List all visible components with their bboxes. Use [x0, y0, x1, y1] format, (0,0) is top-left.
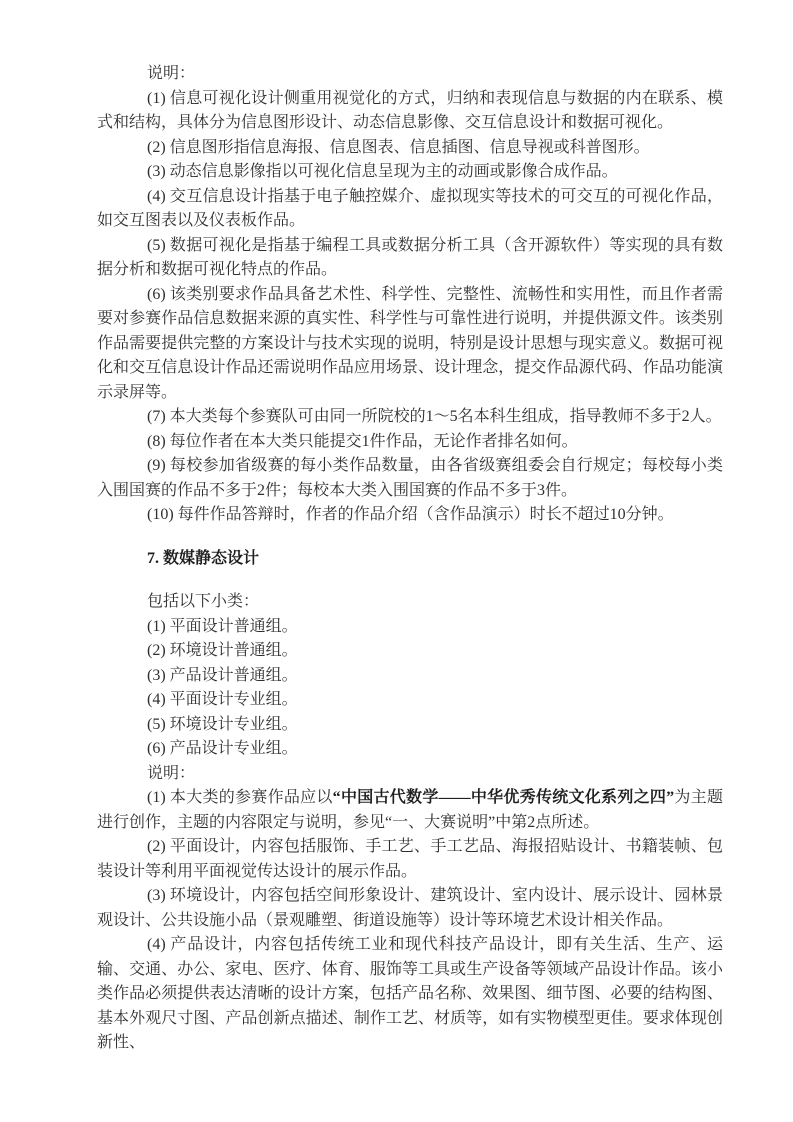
section6-note-paragraph-9: (9) 每校参加省级赛的每小类作品数量，由各省级赛组委会自行规定；每校每小类入围…	[97, 454, 723, 503]
section6-note-paragraph-1: (1) 信息可视化设计侧重用视觉化的方式，归纳和表现信息与数据的内在联系、模式和…	[97, 87, 723, 136]
document-page: 说明： (1) 信息可视化设计侧重用视觉化的方式，归纳和表现信息与数据的内在联系…	[0, 0, 793, 1122]
section7-subcategory-5: (5) 环境设计专业组。	[97, 713, 723, 738]
section6-note-paragraph-7: (7) 本大类每个参赛队可由同一所院校的1～5名本科生组成，指导教师不多于2人。	[97, 405, 723, 430]
section7-subcategory-6: (6) 产品设计专业组。	[97, 737, 723, 762]
section7-subcategory-2: (2) 环境设计普通组。	[97, 639, 723, 664]
section7-note-paragraph-4: (4) 产品设计，内容包括传统工业和现代科技产品设计，即有关生活、生产、运输、交…	[97, 933, 723, 1056]
section7-subcategory-4: (4) 平面设计专业组。	[97, 688, 723, 713]
section6-note-paragraph-2: (2) 信息图形指信息海报、信息图表、信息插图、信息导视或科普图形。	[97, 136, 723, 161]
section6-note-paragraph-4: (4) 交互信息设计指基于电子触控媒介、虚拟现实等技术的可交互的可视化作品，如交…	[97, 185, 723, 234]
section6-note-paragraph-10: (10) 每件作品答辩时，作者的作品介绍（含作品演示）时长不超过10分钟。	[97, 503, 723, 528]
section7-notes-label: 说明：	[97, 762, 723, 787]
note1-theme-title: “中国古代数学——中华优秀传统文化系列之四”	[333, 789, 674, 806]
section6-notes-label: 说明：	[97, 62, 723, 87]
section7-intro: 包括以下小类：	[97, 590, 723, 615]
section7-note-paragraph-2: (2) 平面设计，内容包括服饰、手工艺、手工艺品、海报招贴设计、书籍装帧、包装设…	[97, 835, 723, 884]
section7-subcategory-1: (1) 平面设计普通组。	[97, 615, 723, 640]
section6-note-paragraph-6: (6) 该类别要求作品具备艺术性、科学性、完整性、流畅性和实用性，而且作者需要对…	[97, 283, 723, 406]
section7-subcategory-3: (3) 产品设计普通组。	[97, 664, 723, 689]
note1-prefix: (1) 本大类的参赛作品应以	[147, 789, 333, 806]
section6-note-paragraph-3: (3) 动态信息影像指以可视化信息呈现为主的动画或影像合成作品。	[97, 160, 723, 185]
section6-note-paragraph-8: (8) 每位作者在本大类只能提交1件作品，无论作者排名如何。	[97, 430, 723, 455]
section6-note-paragraph-5: (5) 数据可视化是指基于编程工具或数据分析工具（含开源软件）等实现的具有数据分…	[97, 234, 723, 283]
section7-note-paragraph-3: (3) 环境设计，内容包括空间形象设计、建筑设计、室内设计、展示设计、园林景观设…	[97, 884, 723, 933]
section7-note-paragraph-1: (1) 本大类的参赛作品应以“中国古代数学——中华优秀传统文化系列之四”为主题进…	[97, 786, 723, 835]
section7-heading: 7. 数媒静态设计	[97, 547, 723, 572]
